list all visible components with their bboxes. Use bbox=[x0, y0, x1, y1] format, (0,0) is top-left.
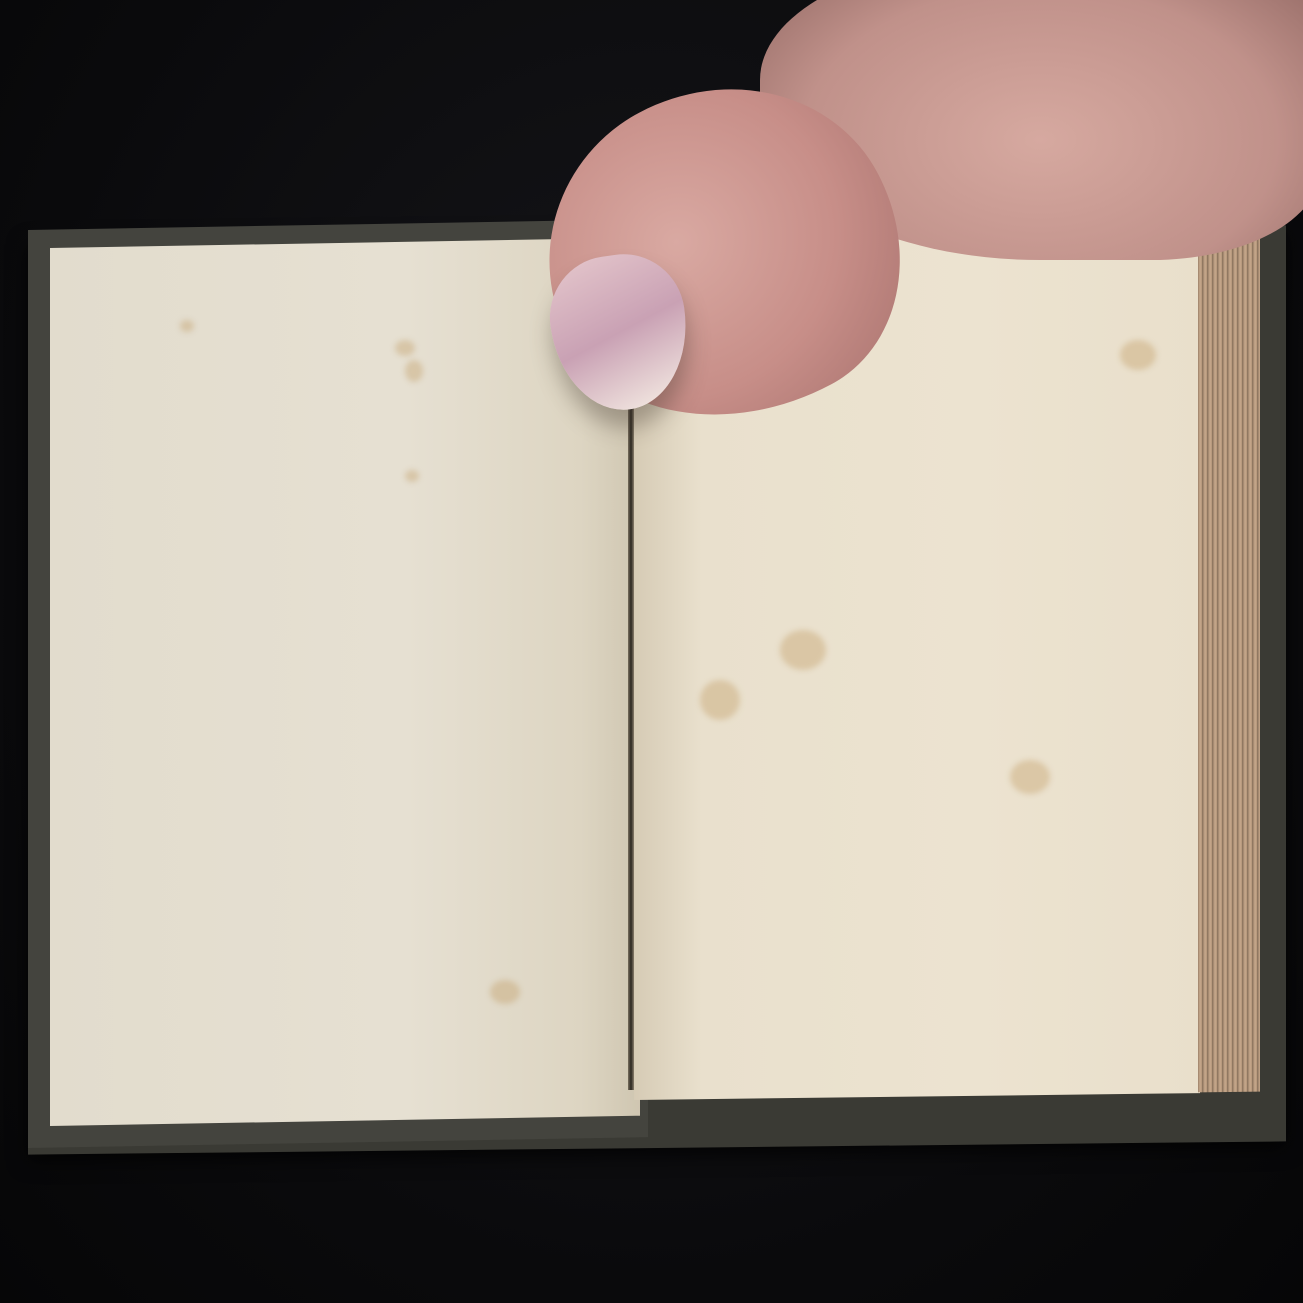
foxing-spot bbox=[395, 340, 415, 356]
foxing-spot bbox=[490, 980, 520, 1004]
page-edges bbox=[1198, 226, 1260, 1093]
foxing-spot bbox=[700, 680, 740, 720]
foxing-spot bbox=[1120, 340, 1156, 370]
foxing-spot bbox=[780, 630, 826, 670]
book-gutter bbox=[628, 400, 634, 1090]
left-blank-page bbox=[50, 238, 640, 1126]
foxing-spot bbox=[405, 360, 423, 382]
foxing-spot bbox=[405, 470, 419, 482]
foxing-spot bbox=[1010, 760, 1050, 794]
foxing-spot bbox=[180, 320, 194, 332]
